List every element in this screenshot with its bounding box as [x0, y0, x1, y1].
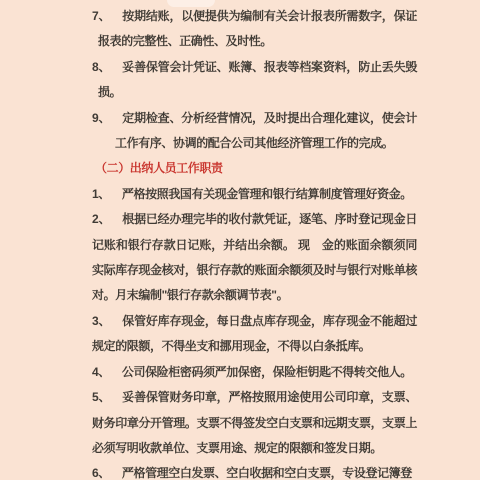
- list-item-number: 1、: [92, 187, 110, 201]
- list-item-2: 2、根据已经办理完毕的收付款凭证，逐笔、序时登记现金日记账和银行存款日记账，并结…: [92, 207, 417, 309]
- list-item-text: 定期检查、分析经营情况，及时提出合理化建议，使会计工作有序、协调的配合公司其他经…: [115, 111, 417, 150]
- list-item-8: 8、妥善保管会计凭证、账簿、报表等档案资料，防止丢失毁损。: [92, 55, 417, 106]
- list-item-1: 1、严格按照我国有关现金管理和银行结算制度管理好资金。: [92, 182, 417, 207]
- section-heading-cashier-duties: （二）出纳人员工作职责: [92, 156, 417, 181]
- list-item-text: 根据已经办理完毕的收付款凭证，逐笔、序时登记现金日记账和银行存款日记账，并结出余…: [92, 212, 417, 302]
- list-item-text: 公司保险柜密码须严加保密，保险柜钥匙不得转交他人。: [122, 365, 412, 379]
- list-item-5: 5、妥善保管财务印章，严格按照用途使用公司印章，支票、财务印章分开管理。支票不得…: [92, 385, 417, 461]
- list-item-text: 保管好库存现金，每日盘点库存现金，库存现金不能超过规定的限额，不得坐支和挪用现金…: [92, 314, 417, 353]
- list-item-4: 4、公司保险柜密码须严加保密，保险柜钥匙不得转交他人。: [92, 360, 417, 385]
- list-item-number: 6、: [92, 466, 110, 480]
- list-item-text: 严格管理空白发票、空白收据和空白支票，专设登记簿登: [122, 466, 412, 480]
- list-item-number: 9、: [92, 111, 110, 125]
- list-item-number: 2、: [92, 212, 110, 226]
- list-item-number: 3、: [92, 314, 110, 328]
- list-item-6: 6、严格管理空白发票、空白收据和空白支票，专设登记簿登: [92, 461, 417, 480]
- document-page: 7、按期结账，以便提供为编制有关会计报表所需数字，保证报表的完整性、正确性、及时…: [0, 0, 480, 480]
- list-item-number: 8、: [92, 60, 110, 74]
- list-item-3: 3、保管好库存现金，每日盘点库存现金，库存现金不能超过规定的限额，不得坐支和挪用…: [92, 309, 417, 360]
- list-item-text: 妥善保管财务印章，严格按照用途使用公司印章，支票、财务印章分开管理。支票不得签发…: [92, 390, 417, 455]
- document-content: 7、按期结账，以便提供为编制有关会计报表所需数字，保证报表的完整性、正确性、及时…: [0, 0, 480, 480]
- list-item-text: 严格按照我国有关现金管理和银行结算制度管理好资金。: [122, 187, 412, 201]
- list-item-9: 9、定期检查、分析经营情况，及时提出合理化建议，使会计工作有序、协调的配合公司其…: [92, 106, 417, 157]
- list-item-number: 5、: [92, 390, 110, 404]
- list-item-text: 妥善保管会计凭证、账簿、报表等档案资料，防止丢失毁损。: [98, 60, 417, 99]
- list-item-7: 7、按期结账，以便提供为编制有关会计报表所需数字，保证报表的完整性、正确性、及时…: [92, 4, 417, 55]
- list-item-number: 7、: [92, 9, 110, 23]
- list-item-text: 按期结账，以便提供为编制有关会计报表所需数字，保证报表的完整性、正确性、及时性。: [98, 9, 417, 48]
- list-item-number: 4、: [92, 365, 110, 379]
